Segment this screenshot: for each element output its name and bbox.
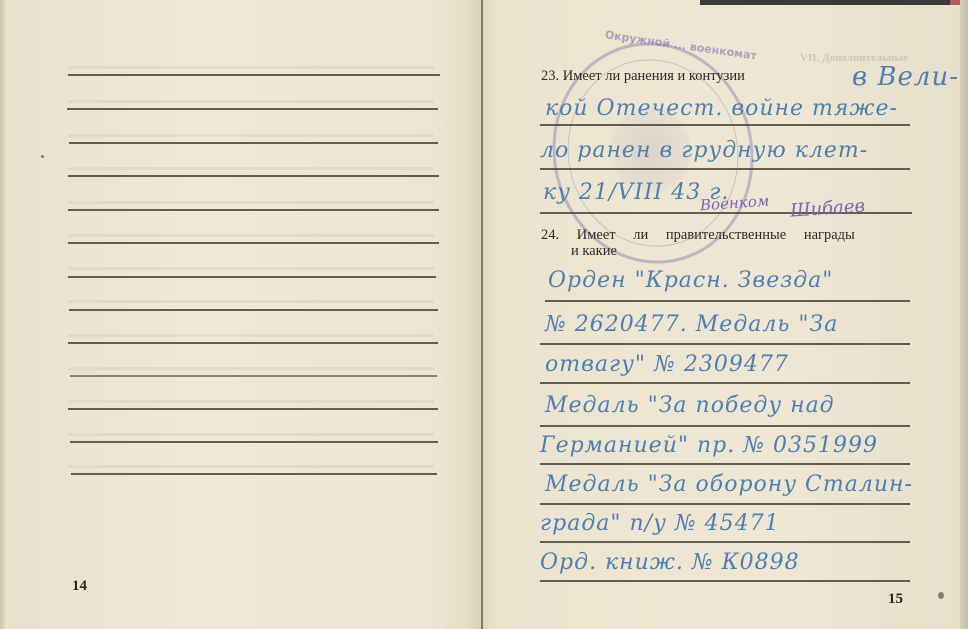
answer-rule	[545, 300, 910, 302]
scan-top-edge	[700, 0, 968, 5]
answer-rule	[540, 168, 910, 170]
faint-line	[68, 167, 434, 170]
answer-rule	[540, 503, 910, 505]
ruled-line	[69, 142, 438, 144]
ruled-line	[68, 242, 439, 244]
ruled-line	[67, 108, 438, 110]
faint-line	[68, 433, 434, 436]
ruled-line	[68, 342, 438, 344]
faint-line	[68, 465, 434, 468]
answer-rule	[540, 124, 910, 126]
answer-rule	[540, 425, 910, 427]
document-spread: 14 VII. Дополнительные Окружной ... воен…	[0, 0, 968, 629]
faint-line	[68, 300, 434, 303]
q23-answer-line-2: кой Отечест. войне тяже-	[545, 96, 898, 121]
question-24-label-cont: и какие	[571, 243, 617, 260]
q24-answer-line-7: града" п/у № 45471	[540, 511, 780, 536]
q24-answer-line-6: Медаль "За оборону Сталин-	[545, 472, 913, 497]
q23-answer-line-3: ло ранен в грудную клет-	[540, 138, 868, 163]
ruled-line	[70, 375, 437, 377]
q24-answer-line-5: Германией" пр. № 0351999	[540, 433, 878, 458]
question-24-label: 24. Имеет ли правительственные награды	[541, 227, 855, 244]
answer-rule	[540, 580, 910, 582]
faint-line	[68, 100, 434, 103]
ruled-line	[69, 309, 438, 311]
q24-answer-line-3: отвагу" № 2309477	[545, 352, 789, 377]
signature-title: Военком	[699, 192, 769, 215]
ruled-line	[68, 175, 439, 177]
q23-answer-line-1: в Вели-	[852, 62, 959, 92]
answer-rule	[540, 343, 910, 345]
page-number-left: 14	[72, 578, 87, 595]
faint-line	[68, 334, 434, 337]
ruled-line	[71, 473, 437, 475]
ruled-line	[68, 408, 438, 410]
left-page: 14	[0, 0, 484, 629]
faint-line	[68, 201, 434, 204]
answer-rule	[540, 382, 910, 384]
q24-answer-line-8: Орд. книж. № К0898	[540, 550, 800, 575]
page-number-right: 15	[888, 591, 903, 608]
faint-line	[68, 134, 434, 137]
q24-answer-line-1: Орден "Красн. Звезда"	[548, 268, 833, 293]
paper-stain	[938, 592, 944, 599]
ruled-line	[68, 74, 440, 76]
scan-right-edge	[960, 0, 968, 629]
ruled-line	[70, 441, 438, 443]
ruled-line	[68, 276, 436, 278]
answer-rule	[540, 463, 910, 465]
paper-speck	[41, 155, 44, 158]
q24-answer-line-4: Медаль "За победу над	[545, 393, 835, 418]
faint-line	[68, 267, 434, 270]
faint-line	[68, 400, 434, 403]
ruled-line	[68, 209, 439, 211]
answer-rule	[540, 541, 910, 543]
question-23-label: 23. Имеет ли ранения и контузии	[541, 68, 745, 85]
faint-line	[68, 234, 434, 237]
signature-name: Шибаев	[789, 195, 865, 221]
faint-line	[68, 66, 434, 69]
q24-answer-line-2: № 2620477. Медаль "За	[545, 312, 838, 337]
faint-line	[68, 367, 434, 370]
stamp-ring-text: Окружной ... военкомат	[604, 28, 758, 62]
